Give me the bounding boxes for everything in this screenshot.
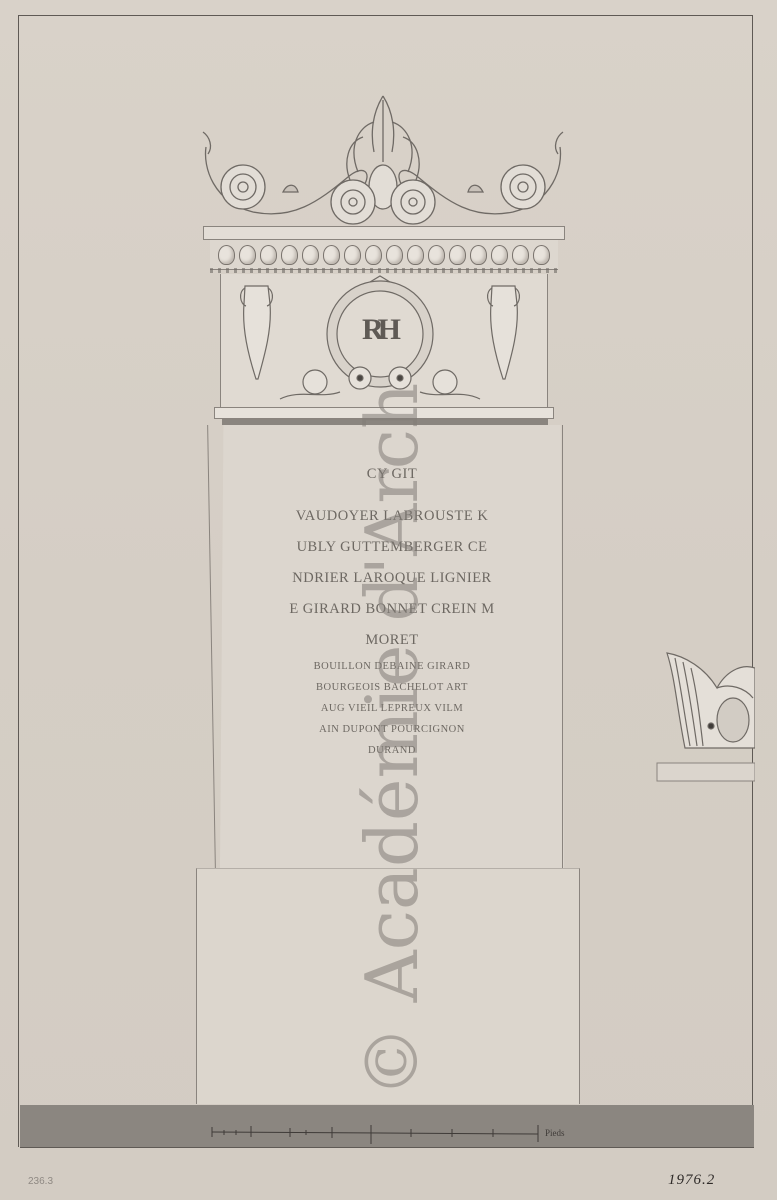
copyright-watermark: © Académie d'Arch	[350, 383, 434, 1098]
egg-ornament	[428, 245, 445, 265]
egg-ornament	[323, 245, 340, 265]
acanthus-fragment-detail	[655, 648, 755, 783]
cornice	[203, 226, 565, 240]
inventory-number-right: 1976.2	[668, 1172, 715, 1189]
egg-ornament	[302, 245, 319, 265]
egg-ornament	[281, 245, 298, 265]
egg-ornament	[512, 245, 529, 265]
egg-ornament	[470, 245, 487, 265]
egg-ornament	[365, 245, 382, 265]
amphora-right-icon	[491, 286, 518, 379]
egg-ornament	[491, 245, 508, 265]
egg-ornament	[260, 245, 277, 265]
inventory-number-left: 236.3	[28, 1176, 53, 1187]
scale-bar	[210, 1122, 550, 1152]
scale-label: Pieds	[545, 1128, 565, 1138]
monogram-rh: RH	[362, 313, 395, 347]
egg-ornament	[218, 245, 235, 265]
egg-ornament	[449, 245, 466, 265]
egg-ornament	[344, 245, 361, 265]
egg-ornament	[239, 245, 256, 265]
egg-ornament	[407, 245, 424, 265]
amphora-left-icon	[244, 286, 271, 379]
egg-ornament	[533, 245, 550, 265]
palmette-crest-ornament	[198, 92, 568, 228]
egg-ornament	[386, 245, 403, 265]
egg-and-dart-molding	[210, 240, 558, 270]
dentil-band	[210, 268, 558, 273]
